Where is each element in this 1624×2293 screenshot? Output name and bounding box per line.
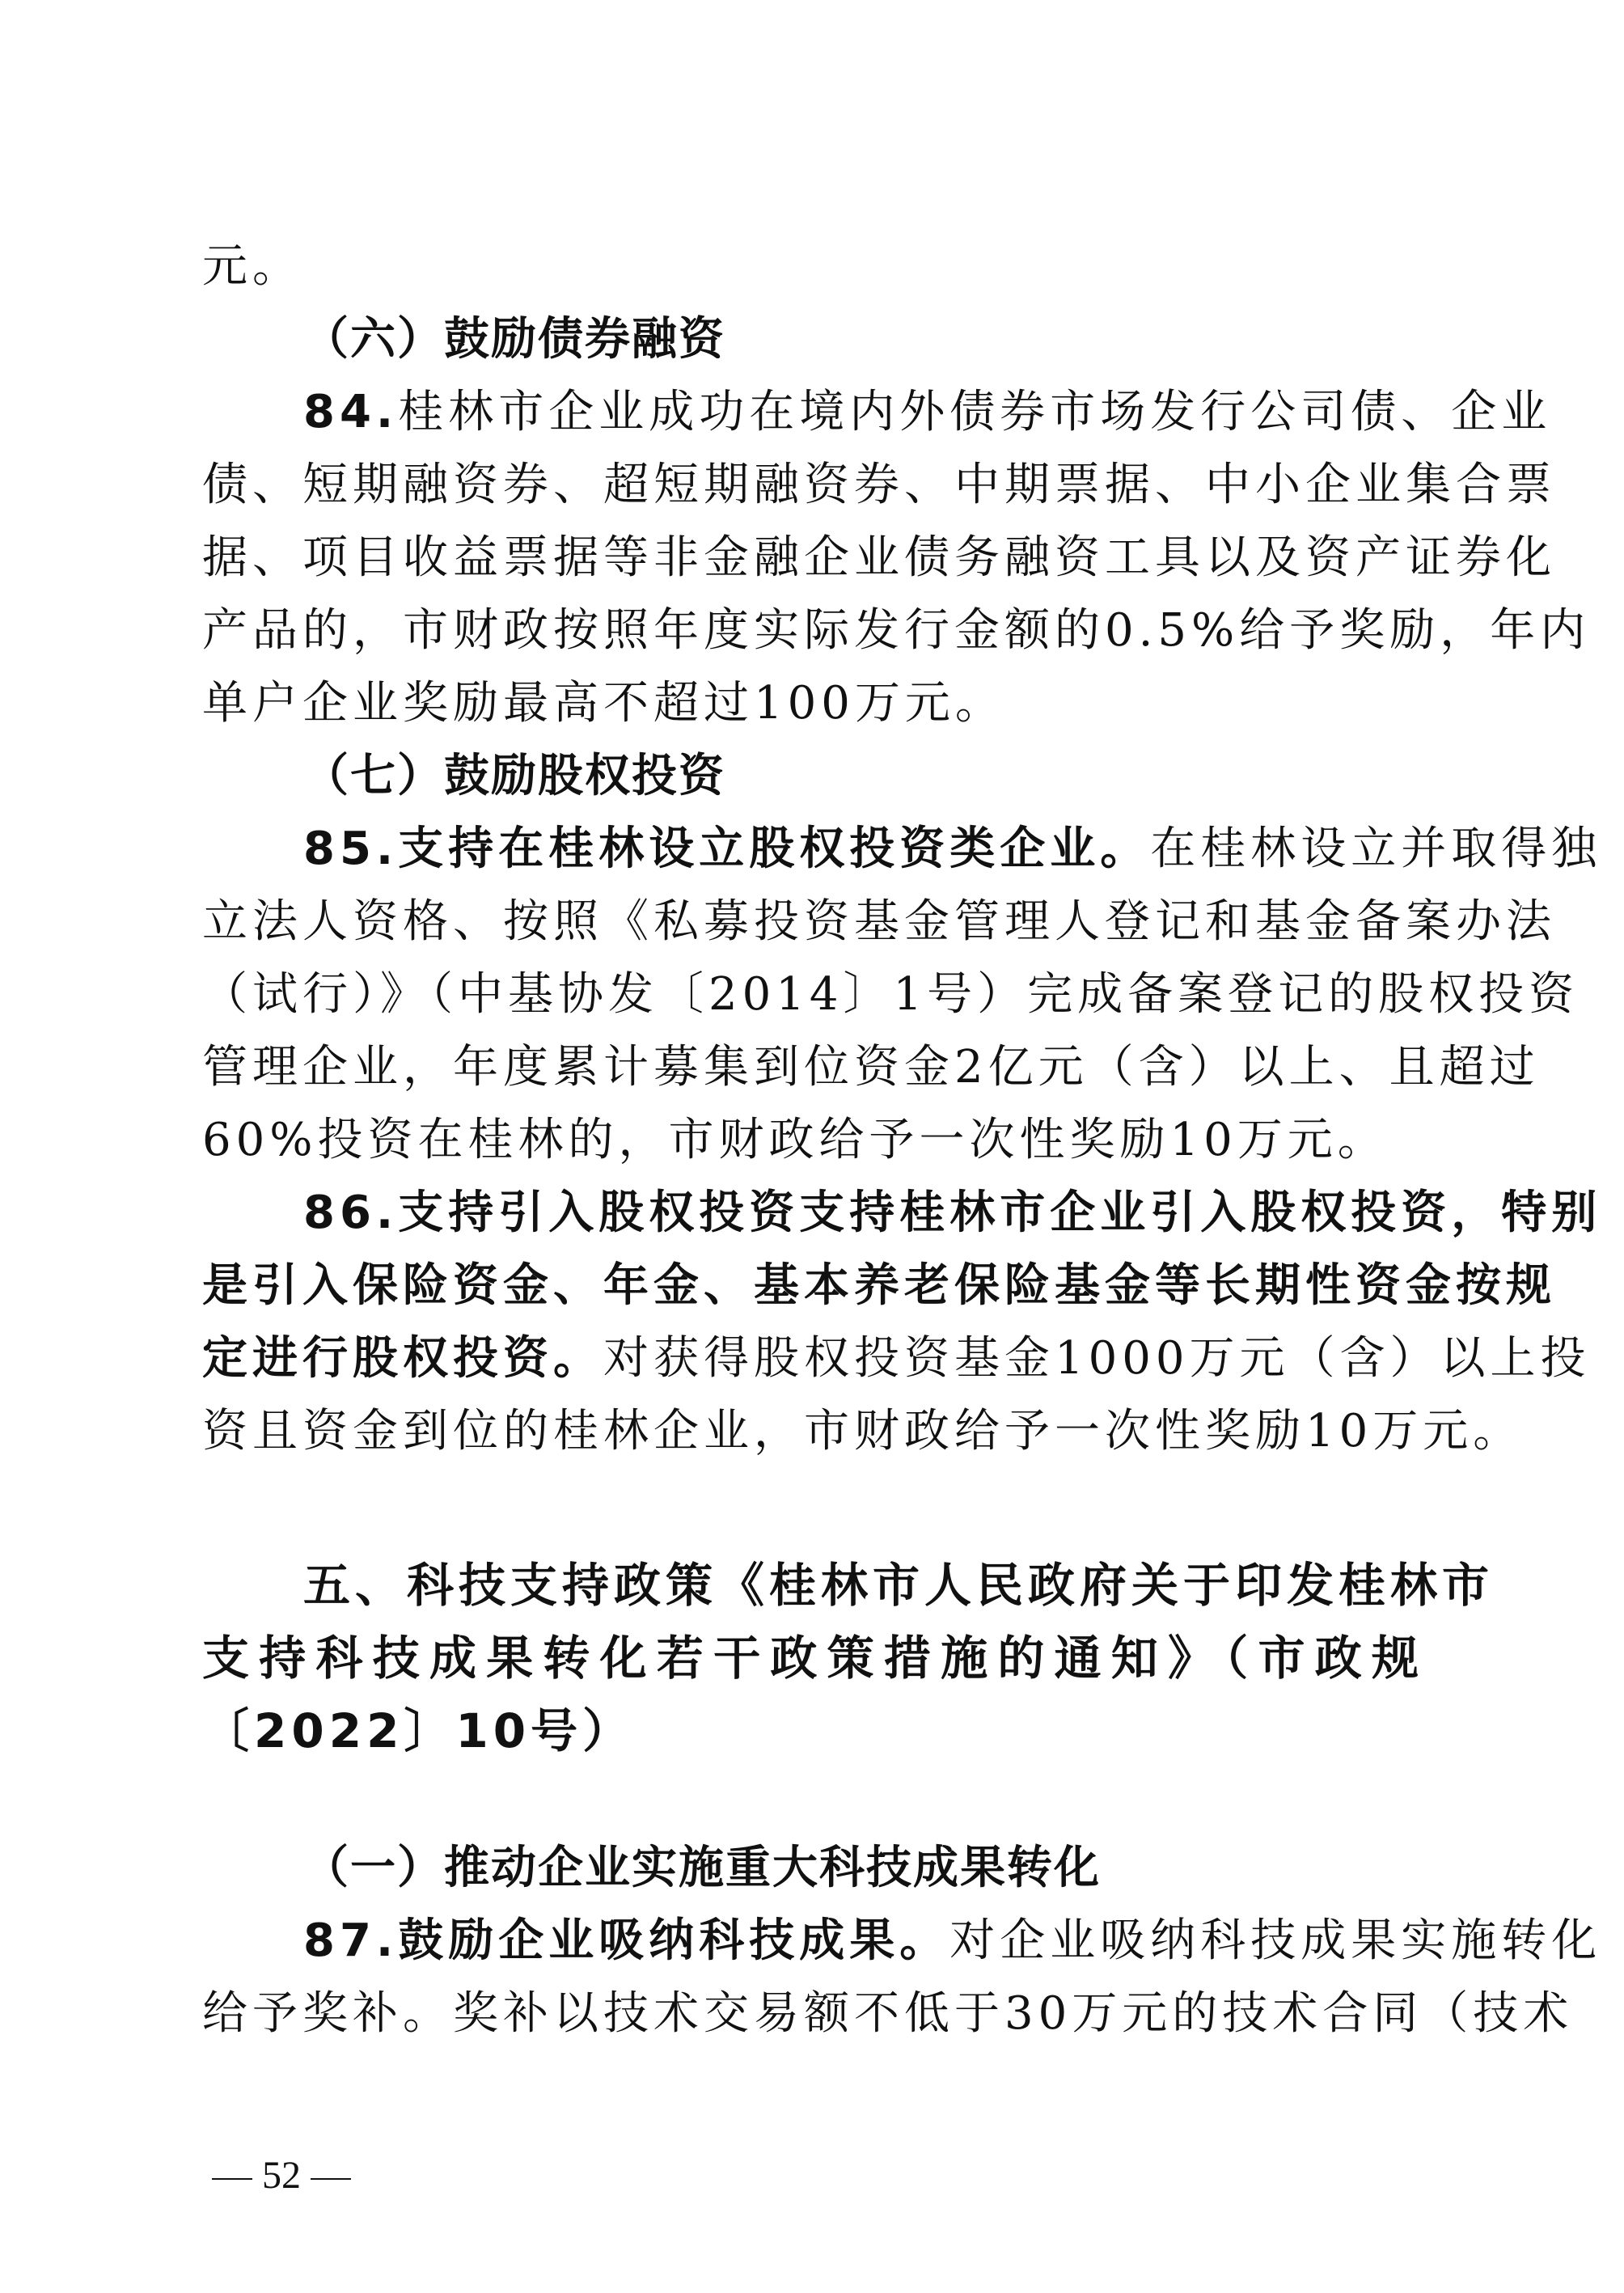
body-line: 元。: [202, 231, 1423, 303]
text: 对获得股权投资基金1000万元（含）以上投: [603, 1332, 1591, 1385]
section-heading-1: （一）推动企业实施重大科技成果转化: [303, 1832, 1423, 1905]
chapter-heading: 〔2022〕10号）: [202, 1694, 1423, 1767]
text: 管理企业，年度累计募集到位资金2亿元（含）以上、且超过: [202, 1041, 1540, 1094]
body-line: （试行）》（中基协发〔2014〕1号）完成备案登记的股权投资: [202, 958, 1423, 1031]
document-page: 元。 （六）鼓励债券融资 84.桂林市企业成功在境内外债券市场发行公司债、企业 …: [0, 0, 1624, 2293]
body-line: 产品的，市财政按照年度实际发行金额的0.5%给予奖励，年内: [202, 594, 1423, 667]
body-line: 60%投资在桂林的，市财政给予一次性奖励10万元。: [202, 1104, 1423, 1177]
body-line: 资且资金到位的桂林企业，市财政给予一次性奖励10万元。: [202, 1395, 1423, 1468]
heading-text: 五、科技支持政策《桂林市人民政府关于印发桂林市: [303, 1558, 1494, 1613]
article-title: 支持引入股权投资支持桂林市企业引入股权投资，特别: [398, 1187, 1601, 1239]
article-84-line: 84.桂林市企业成功在境内外债券市场发行公司债、企业: [303, 376, 1423, 449]
heading-text: （六）鼓励债券融资: [303, 313, 725, 366]
section-heading-6: （六）鼓励债券融资: [303, 303, 1423, 376]
text: 资且资金到位的桂林企业，市财政给予一次性奖励10万元。: [202, 1405, 1523, 1457]
article-title: 定进行股权投资。: [202, 1332, 603, 1385]
section-heading-7: （七）鼓励股权投资: [303, 740, 1423, 813]
text: 元。: [202, 240, 302, 293]
heading-text: 〔2022〕10号）: [202, 1703, 634, 1758]
article-87-line: 87.鼓励企业吸纳科技成果。对企业吸纳科技成果实施转化: [303, 1905, 1423, 1978]
text: 债、短期融资券、超短期融资券、中期票据、中小企业集合票: [202, 459, 1556, 511]
heading-text: （一）推动企业实施重大科技成果转化: [303, 1842, 1101, 1894]
article-86-line: 86.支持引入股权投资支持桂林市企业引入股权投资，特别: [303, 1177, 1423, 1250]
dash-left: [212, 2178, 252, 2180]
article-number: 84.: [303, 386, 398, 438]
body-line: 据、项目收益票据等非金融企业债务融资工具以及资产证券化: [202, 522, 1423, 594]
text: 桂林市企业成功在境内外债券市场发行公司债、企业: [398, 386, 1551, 438]
text: 据、项目收益票据等非金融企业债务融资工具以及资产证券化: [202, 531, 1556, 584]
body-line: 给予奖补。奖补以技术交易额不低于30万元的技术合同（技术: [202, 1978, 1423, 2050]
chapter-heading: 五、科技支持政策《桂林市人民政府关于印发桂林市: [303, 1549, 1423, 1622]
body-line: 立法人资格、按照《私募投资基金管理人登记和基金备案办法: [202, 886, 1423, 958]
heading-text: （七）鼓励股权投资: [303, 750, 725, 802]
page-number: 52: [202, 2151, 361, 2200]
text: 产品的，市财政按照年度实际发行金额的0.5%给予奖励，年内: [202, 604, 1590, 657]
chapter-heading: 支持科技成果转化若干政策措施的通知》（市政规: [202, 1622, 1423, 1694]
text: 在桂林设立并取得独: [1150, 823, 1601, 875]
article-number: 86.: [303, 1187, 398, 1239]
body-line: 定进行股权投资。对获得股权投资基金1000万元（含）以上投: [202, 1322, 1423, 1395]
text: 单户企业奖励最高不超过100万元。: [202, 677, 1005, 730]
text: 60%投资在桂林的，市财政给予一次性奖励10万元。: [202, 1114, 1388, 1166]
article-number: 87.: [303, 1914, 398, 1967]
page-number-text: 52: [262, 2154, 301, 2197]
text: （试行）》（中基协发〔2014〕1号）完成备案登记的股权投资: [202, 968, 1579, 1021]
body-line: 单户企业奖励最高不超过100万元。: [202, 667, 1423, 740]
article-title: 是引入保险资金、年金、基本养老保险基金等长期性资金按规: [202, 1259, 1556, 1312]
article-85-line: 85.支持在桂林设立股权投资类企业。在桂林设立并取得独: [303, 813, 1423, 886]
heading-text: 支持科技成果转化若干政策措施的通知》（市政规: [202, 1631, 1423, 1686]
text: 给予奖补。奖补以技术交易额不低于30万元的技术合同（技术: [202, 1987, 1573, 2040]
article-title: 支持在桂林设立股权投资类企业。: [398, 823, 1150, 875]
body-line: 是引入保险资金、年金、基本养老保险基金等长期性资金按规: [202, 1250, 1423, 1322]
body-line: 管理企业，年度累计募集到位资金2亿元（含）以上、且超过: [202, 1031, 1423, 1104]
article-number: 85.: [303, 823, 398, 875]
text: 对企业吸纳科技成果实施转化: [949, 1914, 1601, 1967]
article-title: 鼓励企业吸纳科技成果。: [398, 1914, 949, 1967]
dash-right: [311, 2178, 351, 2180]
text: 立法人资格、按照《私募投资基金管理人登记和基金备案办法: [202, 895, 1556, 948]
body-line: 债、短期融资券、超短期融资券、中期票据、中小企业集合票: [202, 449, 1423, 522]
